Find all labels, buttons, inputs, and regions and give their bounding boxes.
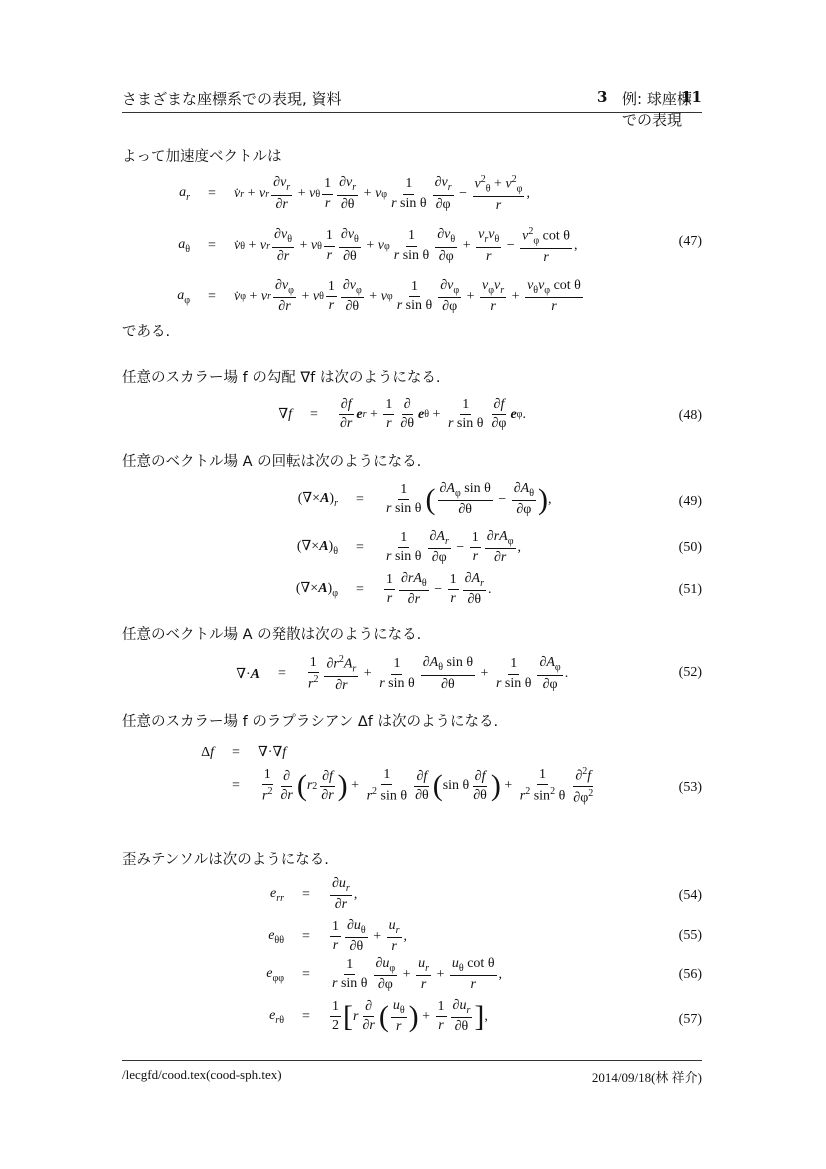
equation-57: erθ= 12 [r∂∂r (uθr) + 1r∂ur∂θ],	[256, 998, 488, 1035]
equation-56: eφφ= 1r sin θ∂uφ∂φ + urr + uθ cot θr,	[256, 956, 502, 993]
equation-55: eθθ= 1r∂uθ∂θ + urr,	[256, 918, 407, 955]
accel-outro-text: である.	[122, 320, 170, 341]
equation-number: (49)	[664, 494, 702, 510]
divergence-intro-text: 任意のベクトル場 A の発散は次のようになる.	[122, 623, 421, 644]
equation-47-line-r: ar= v̇r + vr ∂vr∂r + vθ 1r∂vr∂θ + vφ 1r …	[170, 174, 530, 214]
equation-47-line-phi: aφ= v̇φ + vr ∂vφ∂r + vθ 1r∂vφ∂θ + vφ 1r …	[170, 278, 585, 315]
equation-number: (53)	[664, 780, 702, 796]
running-footer: /lecgfd/cood.tex(cood-sph.tex) 2014/09/1…	[122, 1060, 702, 1083]
equation-53-line-1: Δf=∇·∇f	[190, 744, 286, 761]
running-header: さまざまな座標系での表現, 資料 3 例: 球座標での表現 11	[122, 88, 702, 113]
equation-number: (56)	[664, 967, 702, 983]
equation-number: (51)	[664, 582, 702, 598]
equation-number: (55)	[664, 928, 702, 944]
strain-intro-text: 歪みテンソルは次のようになる.	[122, 848, 329, 869]
header-document-title: さまざまな座標系での表現, 資料	[122, 88, 342, 109]
equation-number: (47)	[664, 234, 702, 250]
equation-49: (∇×A)r= 1r sin θ (∂Aφ sin θ∂θ − ∂Aθ∂φ),	[262, 481, 552, 518]
equation-51: (∇×A)φ= 1r∂rAθ∂r − 1r∂Ar∂θ.	[262, 571, 492, 608]
equation-54: err= ∂ur∂r,	[256, 876, 357, 913]
equation-47-line-theta: aθ= v̇θ + vr ∂vθ∂r + vθ 1r∂vθ∂θ + vφ 1r …	[170, 226, 577, 266]
equation-number: (54)	[664, 888, 702, 904]
gradient-intro-text: 任意のスカラー場 f の勾配 ∇f は次のようになる.	[122, 366, 440, 387]
curl-intro-text: 任意のベクトル場 A の回転は次のようになる.	[122, 450, 421, 471]
equation-number: (52)	[664, 665, 702, 681]
laplacian-intro-text: 任意のスカラー場 f のラプラシアン Δf は次のようになる.	[122, 710, 498, 731]
equation-53-line-2: = 1r2∂∂r (r2∂f∂r) + 1r2 sin θ∂f∂θ (sin θ…	[190, 766, 597, 807]
equation-48: ∇f= ∂f∂rer + 1r∂∂θeθ + 1r sin θ∂f∂φeφ.	[262, 397, 526, 432]
equation-number: (50)	[664, 540, 702, 556]
equation-number: (57)	[664, 1012, 702, 1028]
accel-intro-text: よって加速度ベクトルは	[122, 145, 282, 166]
equation-50: (∇×A)θ= 1r sin θ∂Ar∂φ − 1r∂rAφ∂r,	[262, 529, 521, 566]
equation-number: (48)	[664, 408, 702, 424]
header-section-number: 3	[597, 88, 607, 106]
footer-date-author: 2014/09/18(林 祥介)	[592, 1067, 702, 1086]
equation-52: ∇·A= 1r2∂r2Ar∂r + 1r sin θ∂Aθ sin θ∂θ + …	[228, 654, 568, 694]
footer-source-path: /lecgfd/cood.tex(cood-sph.tex)	[122, 1067, 282, 1082]
header-page-number: 11	[681, 88, 702, 106]
